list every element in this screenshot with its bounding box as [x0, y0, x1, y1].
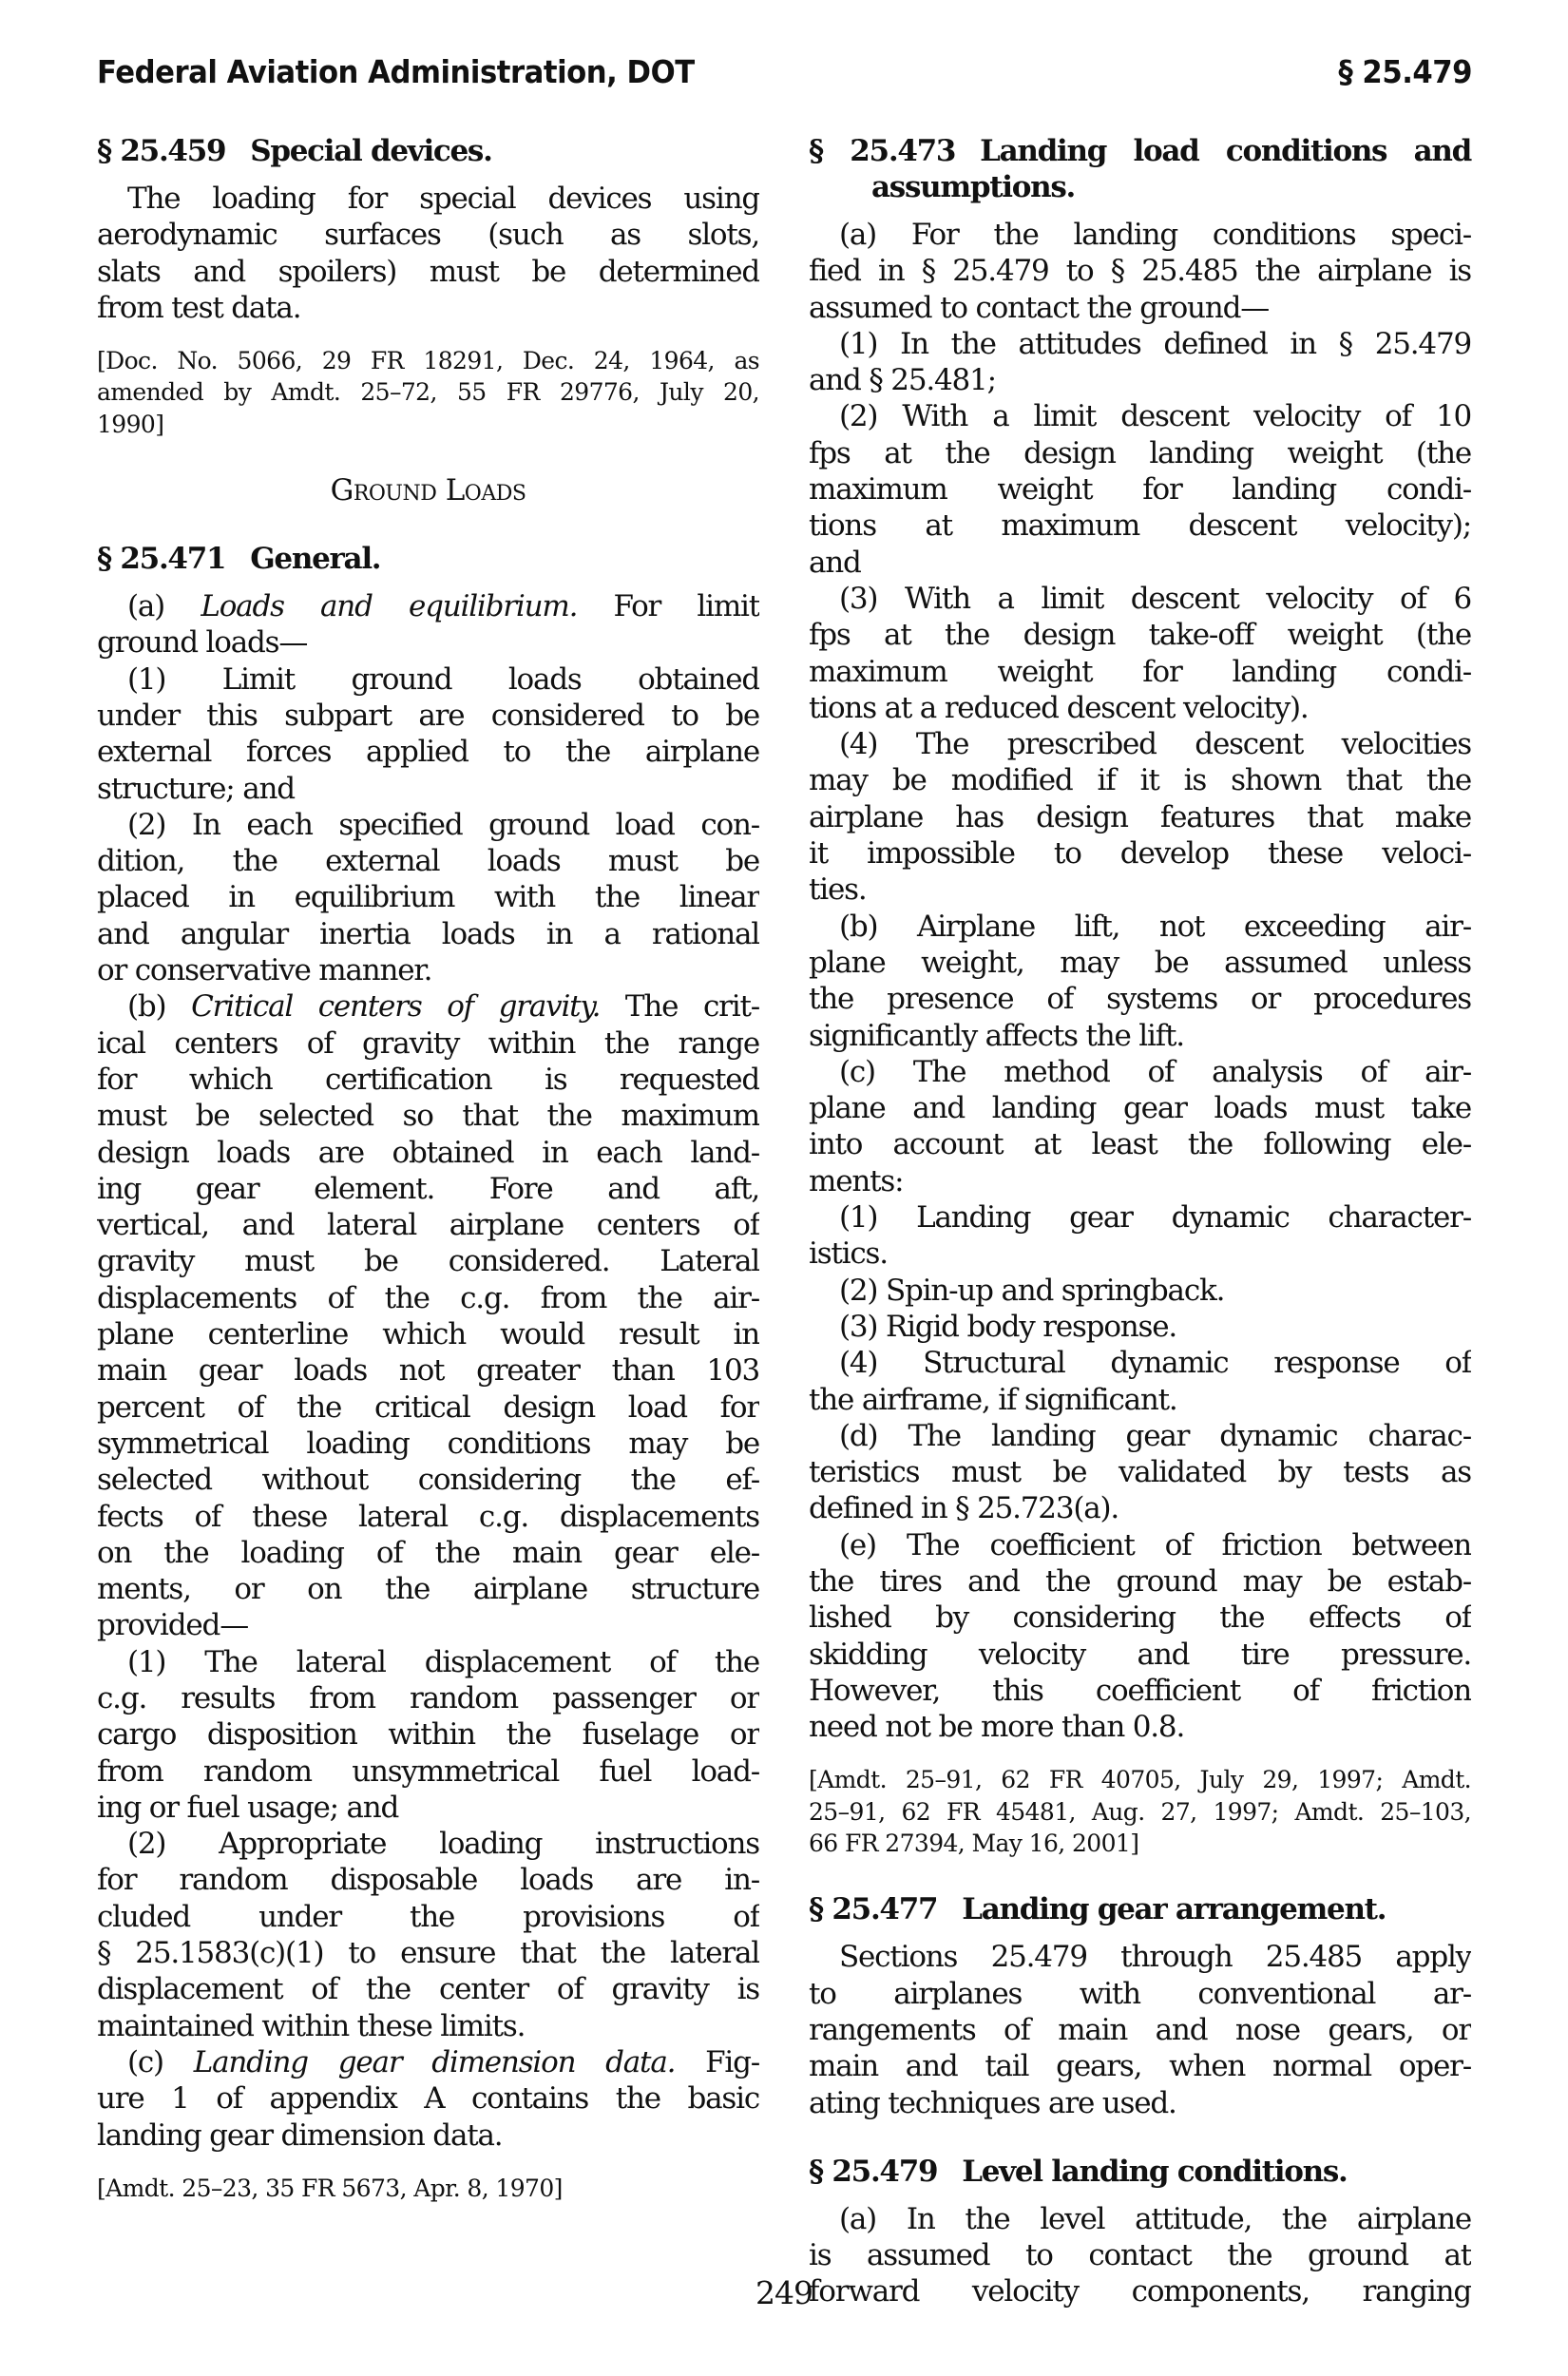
text-line: percent of the critical design load for	[97, 1389, 759, 1426]
left-column: § 25.459Special devices. The loading for…	[97, 133, 759, 2204]
text-line: istics.	[809, 1236, 1471, 1272]
text-line: (e) The coefficient of friction between	[809, 1527, 1471, 1563]
text-line: The loading for special devices using	[97, 181, 759, 217]
italic-heading: Critical centers of gravity.	[191, 989, 600, 1024]
text-line: significantly affects the lift.	[809, 1018, 1471, 1054]
text-line: gravity must be considered. Lateral	[97, 1243, 759, 1279]
text-line: tions at a reduced descent velocity).	[809, 690, 1471, 726]
citation-line: amended by Amdt. 25–72, 55 FR 29776, Jul…	[97, 376, 759, 408]
citation-line: 25–91, 62 FR 45481, Aug. 27, 1997; Amdt.…	[809, 1796, 1471, 1828]
section-number: § 25.479	[809, 2155, 937, 2189]
section-number: § 25.477	[809, 1892, 937, 1926]
heading-line: § 25.473Landing load conditions and	[809, 133, 1471, 169]
paragraph-b1: (1) The lateral displacement of the c.g.…	[97, 1644, 759, 1826]
paragraph-c2: (2) Spin-up and springback.	[809, 1273, 1471, 1309]
paragraph-b: (b) Critical centers of gravity. The cri…	[97, 988, 759, 1643]
section-title: Landing gear arrangement.	[962, 1892, 1386, 1926]
center-heading-ground-loads: Ground Loads	[97, 472, 759, 508]
text-line: placed in equilibrium with the linear	[97, 879, 759, 915]
text-line: main and tail gears, when normal oper-	[809, 2048, 1471, 2084]
text-line: plane and landing gear loads must take	[809, 1090, 1471, 1126]
paragraph-a1: (1) Limit ground loads obtained under th…	[97, 661, 759, 807]
agency-title: Federal Aviation Administration, DOT	[97, 53, 695, 90]
paragraph-a: (a) Loads and equilibrium. For limit gro…	[97, 588, 759, 661]
text-line: ating techniques are used.	[809, 2085, 1471, 2121]
citation-line: [Doc. No. 5066, 29 FR 18291, Dec. 24, 19…	[97, 345, 759, 376]
text-line: for random disposable loads are in-	[97, 1862, 759, 1898]
text-line: (3) With a limit descent velocity of 6	[809, 581, 1471, 617]
text-line: symmetrical loading conditions may be	[97, 1426, 759, 1462]
text-line: the tires and the ground may be estab-	[809, 1563, 1471, 1600]
text-line: cluded under the provisions of	[97, 1899, 759, 1935]
text-line: Sections 25.479 through 25.485 apply	[809, 1939, 1471, 1975]
text-line: (a) Loads and equilibrium. For limit	[97, 588, 759, 624]
citation-line: [Amdt. 25–23, 35 FR 5673, Apr. 8, 1970]	[97, 2173, 759, 2204]
text-line: (1) Landing gear dynamic character-	[809, 1199, 1471, 1236]
text-line: fied in § 25.479 to § 25.485 the airplan…	[809, 253, 1471, 289]
paragraph-c3: (3) Rigid body response.	[809, 1309, 1471, 1345]
text-line: plane weight, may be assumed unless	[809, 945, 1471, 981]
text-line: need not be more than 0.8.	[809, 1709, 1471, 1745]
text-line: provided—	[97, 1607, 759, 1643]
text-line: slats and spoilers) must be determined	[97, 254, 759, 290]
text-line: rangements of main and nose gears, or	[809, 2012, 1471, 2048]
text-line: is assumed to contact the ground at	[809, 2237, 1471, 2273]
paragraph-c4: (4) Structural dynamic response of the a…	[809, 1345, 1471, 1418]
paragraph-b2: (2) Appropriate loading instructions for…	[97, 1826, 759, 2044]
text-line: (1) The lateral displacement of the	[97, 1644, 759, 1680]
section-title: Landing load conditions and	[980, 134, 1471, 168]
text-line: it impossible to develop these veloci-	[809, 835, 1471, 872]
text-fragment: The crit-	[625, 989, 759, 1024]
right-column: § 25.473Landing load conditions and assu…	[809, 133, 1471, 2310]
text-fragment: Fig-	[705, 2045, 759, 2079]
text-line: from random unsymmetrical fuel load-	[97, 1753, 759, 1790]
text-line: However, this coefficient of friction	[809, 1673, 1471, 1709]
text-line: maximum weight for landing condi-	[809, 654, 1471, 690]
paragraph: The loading for special devices using ae…	[97, 181, 759, 326]
section-heading-25-471: § 25.471General.	[97, 541, 759, 577]
text-line: maintained within these limits.	[97, 2008, 759, 2044]
text-line: and § 25.481;	[809, 362, 1471, 398]
section-title: Level landing conditions.	[962, 2155, 1347, 2189]
text-line: (c) The method of analysis of air-	[809, 1054, 1471, 1090]
text-line: airplane has design features that make	[809, 799, 1471, 835]
text-line: dition, the external loads must be	[97, 843, 759, 879]
text-line: may be modified if it is shown that the	[809, 762, 1471, 798]
text-line: the airframe, if significant.	[809, 1382, 1471, 1418]
italic-heading: Loads and equilibrium.	[201, 589, 577, 623]
text-line: (a) In the level attitude, the airplane	[809, 2201, 1471, 2237]
text-line: structure; and	[97, 771, 759, 807]
text-line: defined in § 25.723(a).	[809, 1490, 1471, 1526]
page-number: 249	[0, 2274, 1568, 2311]
text-line: (2) In each specified ground load con-	[97, 807, 759, 843]
text-line: ments:	[809, 1163, 1471, 1199]
paragraph-a1: (1) In the attitudes defined in § 25.479…	[809, 326, 1471, 399]
text-line: external forces applied to the airplane	[97, 734, 759, 770]
paragraph-a2: (2) With a limit descent velocity of 10 …	[809, 398, 1471, 580]
text-line: ical centers of gravity within the range	[97, 1025, 759, 1062]
text-line: ground loads—	[97, 624, 759, 661]
text-line: from test data.	[97, 290, 759, 326]
section-title: Special devices.	[250, 134, 491, 168]
section-heading-25-473: § 25.473Landing load conditions and assu…	[809, 133, 1471, 205]
text-line: and angular inertia loads in a rational	[97, 916, 759, 952]
text-line: (d) The landing gear dynamic charac-	[809, 1418, 1471, 1454]
text-line: must be selected so that the maximum	[97, 1098, 759, 1134]
section-number: § 25.459	[97, 134, 225, 168]
text-line: ure 1 of appendix A contains the basic	[97, 2080, 759, 2117]
text-line: (3) Rigid body response.	[809, 1309, 1471, 1345]
text-line: § 25.1583(c)(1) to ensure that the later…	[97, 1935, 759, 1971]
paragraph-label: (a)	[127, 589, 164, 623]
paragraph-e: (e) The coefficient of friction between …	[809, 1527, 1471, 1746]
text-line: displacement of the center of gravity is	[97, 1971, 759, 2007]
section-heading-25-479: § 25.479Level landing conditions.	[809, 2154, 1471, 2190]
section-heading-25-477: § 25.477Landing gear arrangement.	[809, 1891, 1471, 1927]
text-line: (2) With a limit descent velocity of 10	[809, 398, 1471, 434]
text-line: fps at the design landing weight (the	[809, 435, 1471, 471]
text-line: aerodynamic surfaces (such as slots,	[97, 217, 759, 253]
text-fragment: For limit	[613, 589, 759, 623]
text-line: and	[809, 545, 1471, 581]
text-line: ing gear element. Fore and aft,	[97, 1171, 759, 1207]
section-title-continued: assumptions.	[809, 169, 1471, 205]
text-line: into account at least the following ele-	[809, 1126, 1471, 1162]
section-number: § 25.471	[97, 542, 225, 576]
text-line: (1) Limit ground loads obtained	[97, 661, 759, 698]
paragraph-c: (c) Landing gear dimension data. Fig- ur…	[97, 2044, 759, 2154]
text-line: (b) Critical centers of gravity. The cri…	[97, 988, 759, 1025]
text-line: on the loading of the main gear ele-	[97, 1535, 759, 1571]
paragraph: Sections 25.479 through 25.485 apply to …	[809, 1939, 1471, 2120]
text-line: fps at the design take-off weight (the	[809, 617, 1471, 653]
section-locator: § 25.479	[1338, 53, 1472, 90]
text-line: displacements of the c.g. from the air-	[97, 1280, 759, 1316]
text-line: assumed to contact the ground—	[809, 290, 1471, 326]
text-line: or conservative manner.	[97, 952, 759, 988]
paragraph-a: (a) For the landing conditions speci- fi…	[809, 217, 1471, 326]
paragraph-label: (b)	[127, 989, 165, 1024]
text-line: ties.	[809, 872, 1471, 908]
text-line: main gear loads not greater than 103	[97, 1352, 759, 1389]
citation: [Doc. No. 5066, 29 FR 18291, Dec. 24, 19…	[97, 345, 759, 440]
text-line: ments, or on the airplane structure	[97, 1571, 759, 1607]
text-line: fects of these lateral c.g. displacement…	[97, 1499, 759, 1535]
paragraph-b: (b) Airplane lift, not exceeding air- pl…	[809, 909, 1471, 1054]
paragraph-a4: (4) The prescribed descent velocities ma…	[809, 726, 1471, 908]
citation-line: 1990]	[97, 409, 759, 440]
section-title: General.	[250, 542, 380, 576]
citation-line: 66 FR 27394, May 16, 2001]	[809, 1828, 1471, 1859]
text-line: (2) Appropriate loading instructions	[97, 1826, 759, 1862]
text-line: for which certification is requested	[97, 1062, 759, 1098]
italic-heading: Landing gear dimension data.	[194, 2045, 676, 2079]
running-head: Federal Aviation Administration, DOT § 2…	[97, 53, 1375, 95]
text-line: landing gear dimension data.	[97, 2117, 759, 2154]
section-number: § 25.473	[809, 134, 955, 168]
paragraph-c: (c) The method of analysis of air- plane…	[809, 1054, 1471, 1199]
section-heading-25-459: § 25.459Special devices.	[97, 133, 759, 169]
citation-line: [Amdt. 25–91, 62 FR 40705, July 29, 1997…	[809, 1764, 1471, 1795]
text-line: c.g. results from random passenger or	[97, 1680, 759, 1716]
text-line: under this subpart are considered to be	[97, 698, 759, 734]
text-line: to airplanes with conventional ar-	[809, 1976, 1471, 2012]
text-line: (4) The prescribed descent velocities	[809, 726, 1471, 762]
text-line: (b) Airplane lift, not exceeding air-	[809, 909, 1471, 945]
text-line: maximum weight for landing condi-	[809, 471, 1471, 508]
text-line: vertical, and lateral airplane centers o…	[97, 1207, 759, 1243]
text-line: (2) Spin-up and springback.	[809, 1273, 1471, 1309]
text-line: teristics must be validated by tests as	[809, 1454, 1471, 1490]
text-line: tions at maximum descent velocity);	[809, 508, 1471, 544]
citation: [Amdt. 25–23, 35 FR 5673, Apr. 8, 1970]	[97, 2173, 759, 2204]
text-line: the presence of systems or procedures	[809, 981, 1471, 1017]
paragraph-d: (d) The landing gear dynamic charac- ter…	[809, 1418, 1471, 1527]
text-line: skidding velocity and tire pressure.	[809, 1637, 1471, 1673]
paragraph-label: (c)	[127, 2045, 163, 2079]
paragraph-a2: (2) In each specified ground load con- d…	[97, 807, 759, 988]
paragraph-c1: (1) Landing gear dynamic character- isti…	[809, 1199, 1471, 1273]
text-line: selected without considering the ef-	[97, 1462, 759, 1498]
text-line: plane centerline which would result in	[97, 1316, 759, 1352]
paragraph-a3: (3) With a limit descent velocity of 6 f…	[809, 581, 1471, 726]
text-line: cargo disposition within the fuselage or	[97, 1716, 759, 1753]
text-line: (4) Structural dynamic response of	[809, 1345, 1471, 1381]
text-line: (a) For the landing conditions speci-	[809, 217, 1471, 253]
text-line: lished by considering the effects of	[809, 1600, 1471, 1636]
text-line: (c) Landing gear dimension data. Fig-	[97, 2044, 759, 2080]
text-line: (1) In the attitudes defined in § 25.479	[809, 326, 1471, 362]
citation: [Amdt. 25–91, 62 FR 40705, July 29, 1997…	[809, 1764, 1471, 1859]
text-line: ing or fuel usage; and	[97, 1790, 759, 1826]
text-line: design loads are obtained in each land-	[97, 1135, 759, 1171]
